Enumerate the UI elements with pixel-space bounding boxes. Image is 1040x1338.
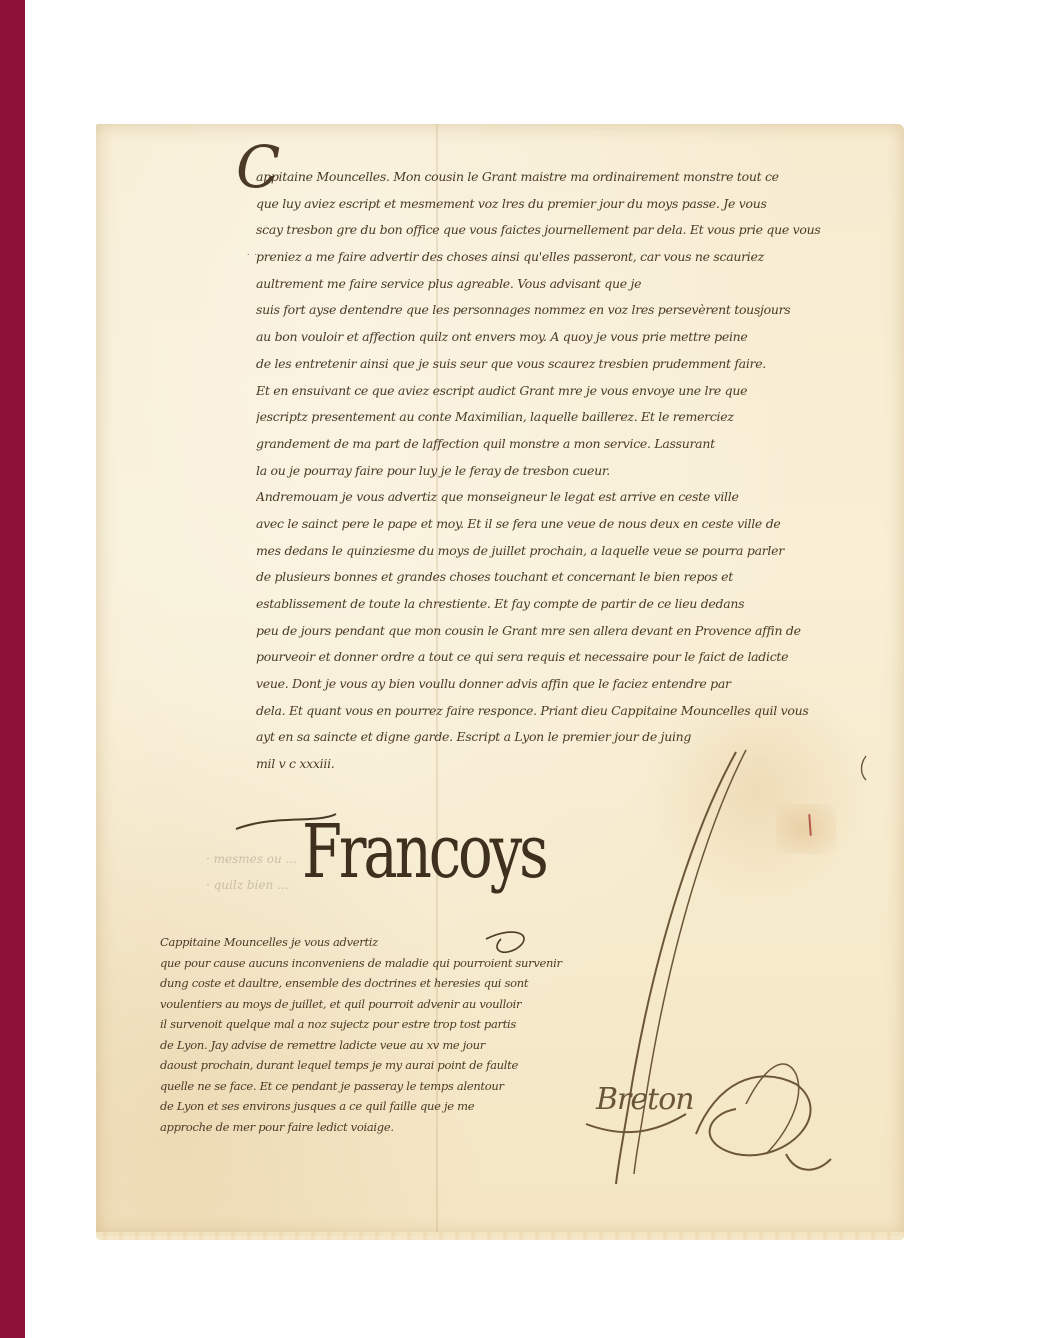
accent-side-bar (0, 0, 25, 1338)
signature-flourish-icon (96, 124, 904, 1236)
manuscript-letter: ˙ ˙ C appitaine Mouncelles. Mon cousin l… (96, 124, 904, 1236)
